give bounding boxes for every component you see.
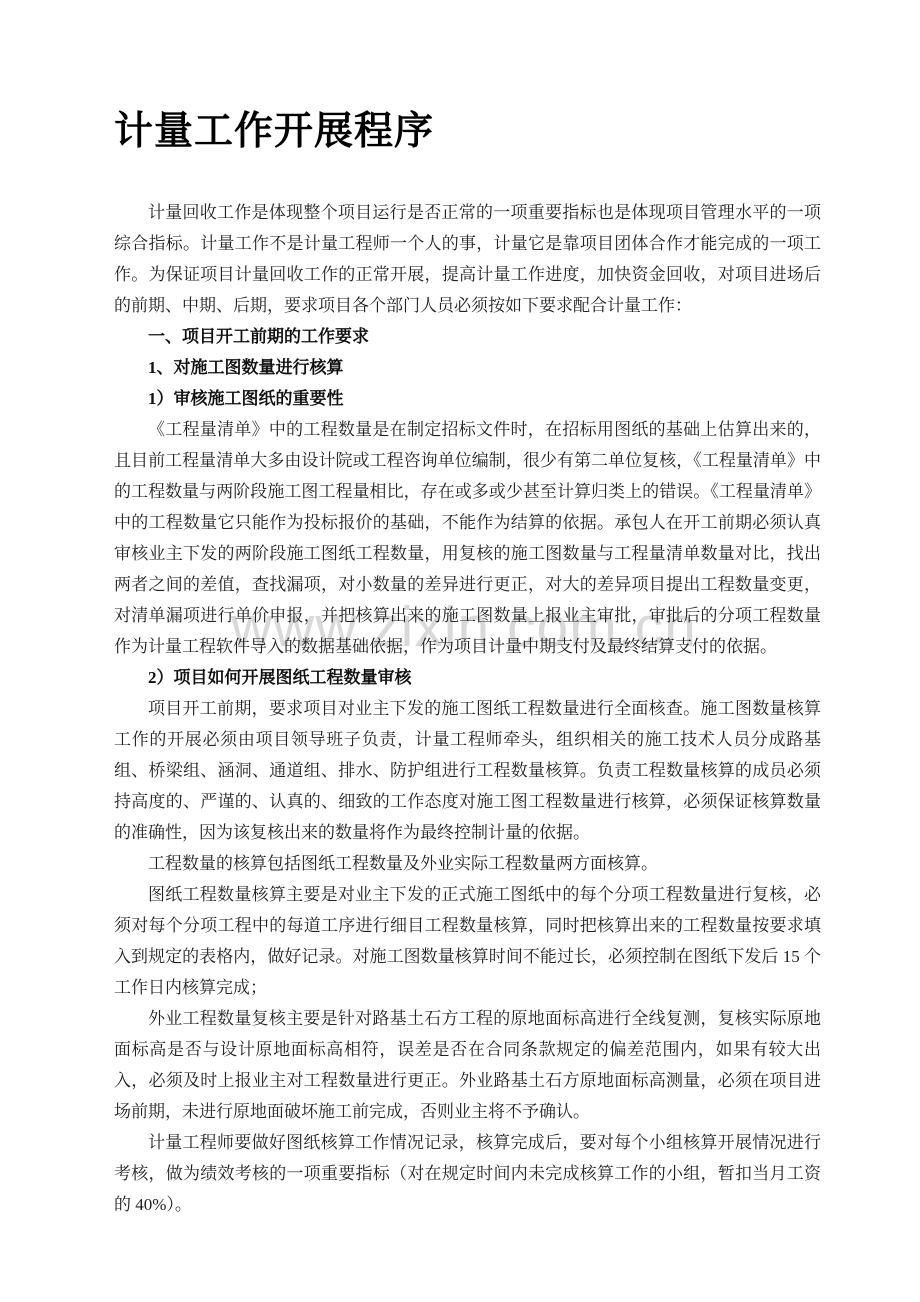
document-title: 计量工作开展程序 — [114, 106, 434, 158]
document-page: www.zixin.com.cn 计量工作开展程序 计量回收工作是体现整个项目运… — [0, 0, 920, 1302]
heading-sub-2-how-to-review-drawing-quantities: 2）项目如何开展图纸工程数量审核 — [114, 662, 821, 693]
paragraph-drawing-quantity-check-details: 图纸工程数量核算主要是对业主下发的正式施工图纸中的每个分项工程数量进行复核，必须… — [114, 879, 821, 1003]
document-body: 计量回收工作是体现整个项目运行是否正常的一项重要指标也是体现项目管理水平的一项综… — [114, 197, 821, 1220]
paragraph-bill-of-quantities: 《工程量清单》中的工程数量是在制定招标文件时，在招标用图纸的基础上估算出来的，且… — [114, 414, 821, 662]
heading-sub-1-importance-of-drawing-review: 1）审核施工图纸的重要性 — [114, 383, 821, 414]
paragraph-project-start-review-organization: 项目开工前期，要求项目对业主下发的施工图纸工程数量进行全面核查。施工图数量核算工… — [114, 693, 821, 848]
paragraph-field-quantity-recheck: 外业工程数量复核主要是针对路基土石方工程的原地面标高进行全线复测，复核实际原地面… — [114, 1003, 821, 1127]
paragraph-engineer-records-and-assessment: 计量工程师要做好图纸核算工作情况记录，核算完成后，要对每个小组核算开展情况进行考… — [114, 1127, 821, 1220]
heading-item-1-drawing-quantity-check: 1、对施工图数量进行核算 — [114, 352, 821, 383]
paragraph-two-aspects-of-quantity-check: 工程数量的核算包括图纸工程数量及外业实际工程数量两方面核算。 — [114, 848, 821, 879]
paragraph-intro: 计量回收工作是体现整个项目运行是否正常的一项重要指标也是体现项目管理水平的一项综… — [114, 197, 821, 321]
heading-section-one-pre-construction-requirements: 一、项目开工前期的工作要求 — [114, 321, 821, 352]
